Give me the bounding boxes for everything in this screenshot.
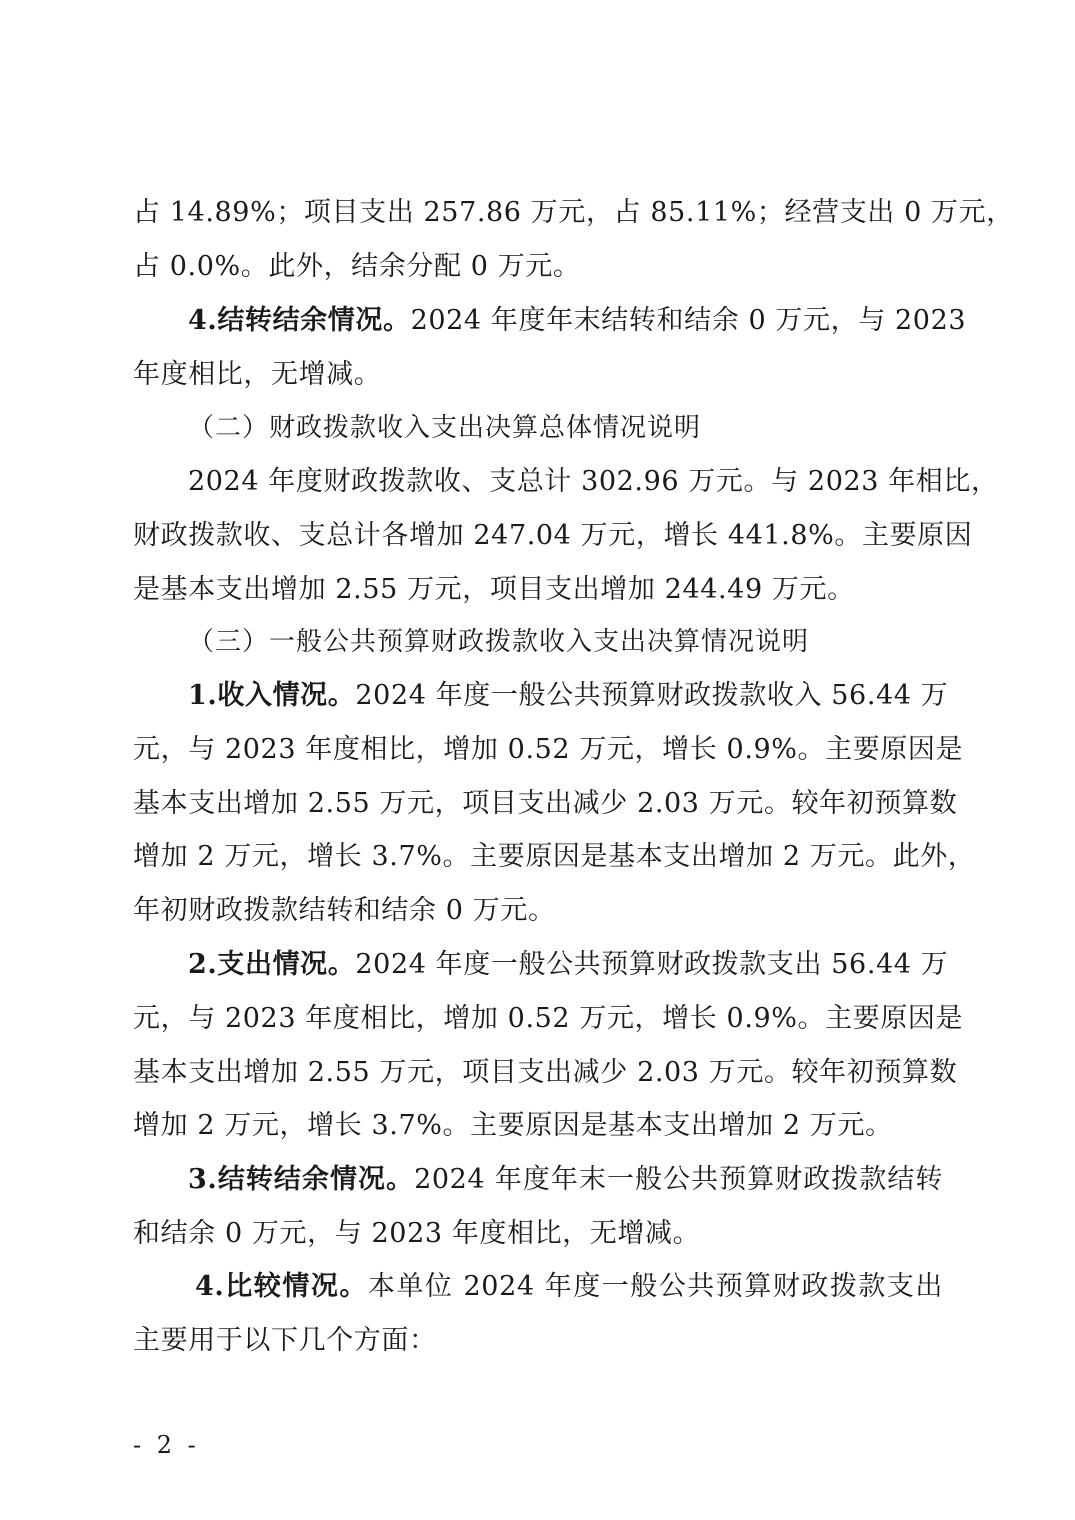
income-paragraph-line: 增加 2 万元，增长 3.7%。主要原因是基本支出增加 2 万元。此外， bbox=[133, 839, 943, 875]
income-paragraph-line: 基本支出增加 2.55 万元，项目支出减少 2.03 万元。较年初预算数 bbox=[133, 786, 943, 822]
expense-label: 2.支出情况。 bbox=[188, 949, 355, 980]
income-text: 2024 年度一般公共预算财政拨款收入 56.44 万 bbox=[355, 680, 948, 711]
page-number: - 2 - bbox=[133, 1430, 200, 1460]
total-paragraph-line: 是基本支出增加 2.55 万元，项目支出增加 244.49 万元。 bbox=[133, 572, 943, 608]
carryover-paragraph-line: 年度相比，无增减。 bbox=[133, 357, 943, 393]
income-paragraph-line: 年初财政拨款结转和结余 0 万元。 bbox=[133, 893, 943, 929]
income-label: 1.收入情况。 bbox=[188, 680, 355, 711]
section-heading-3: （三）一般公共预算财政拨款收入支出决算情况说明 bbox=[188, 624, 943, 660]
body-line: 占 0.0%。此外，结余分配 0 万元。 bbox=[133, 249, 943, 285]
comparison-label: 4.比较情况。 bbox=[195, 1271, 368, 1302]
expense-paragraph-line: 增加 2 万元，增长 3.7%。主要原因是基本支出增加 2 万元。 bbox=[133, 1108, 943, 1144]
comparison-paragraph-line: 主要用于以下几个方面： bbox=[133, 1323, 943, 1359]
carryover-balance-paragraph-line: 和结余 0 万元，与 2023 年度相比，无增减。 bbox=[133, 1216, 943, 1252]
total-paragraph-line: 2024 年度财政拨款收、支总计 302.96 万元。与 2023 年相比， bbox=[188, 464, 943, 500]
carryover-paragraph-line: 4.结转结余情况。2024 年度年末结转和结余 0 万元，与 2023 bbox=[188, 303, 943, 339]
expense-paragraph-line: 基本支出增加 2.55 万元，项目支出减少 2.03 万元。较年初预算数 bbox=[133, 1055, 943, 1091]
body-line: 占 14.89%；项目支出 257.86 万元，占 85.11%；经营支出 0 … bbox=[133, 195, 943, 231]
income-paragraph-line: 1.收入情况。2024 年度一般公共预算财政拨款收入 56.44 万 bbox=[188, 678, 943, 714]
income-paragraph-line: 元，与 2023 年度相比，增加 0.52 万元，增长 0.9%。主要原因是 bbox=[133, 732, 943, 768]
total-paragraph-line: 财政拨款收、支总计各增加 247.04 万元，增长 441.8%。主要原因 bbox=[133, 518, 943, 554]
carryover-balance-text: 2024 年度年末一般公共预算财政拨款结转 bbox=[414, 1164, 943, 1195]
expense-paragraph-line: 元，与 2023 年度相比，增加 0.52 万元，增长 0.9%。主要原因是 bbox=[133, 1001, 943, 1037]
comparison-paragraph-line: 4.比较情况。本单位 2024 年度一般公共预算财政拨款支出 bbox=[195, 1269, 943, 1305]
carryover-text: 2024 年度年末结转和结余 0 万元，与 2023 bbox=[411, 305, 967, 336]
section-heading-2: （二）财政拨款收入支出决算总体情况说明 bbox=[188, 410, 943, 446]
carryover-balance-label: 3.结转结余情况。 bbox=[188, 1164, 414, 1195]
expense-text: 2024 年度一般公共预算财政拨款支出 56.44 万 bbox=[355, 949, 948, 980]
expense-paragraph-line: 2.支出情况。2024 年度一般公共预算财政拨款支出 56.44 万 bbox=[188, 947, 943, 983]
comparison-text: 本单位 2024 年度一般公共预算财政拨款支出 bbox=[368, 1271, 943, 1302]
carryover-label: 4.结转结余情况。 bbox=[188, 305, 411, 336]
carryover-balance-paragraph-line: 3.结转结余情况。2024 年度年末一般公共预算财政拨款结转 bbox=[188, 1162, 943, 1198]
document-page: 占 14.89%；项目支出 257.86 万元，占 85.11%；经营支出 0 … bbox=[0, 0, 1075, 1520]
